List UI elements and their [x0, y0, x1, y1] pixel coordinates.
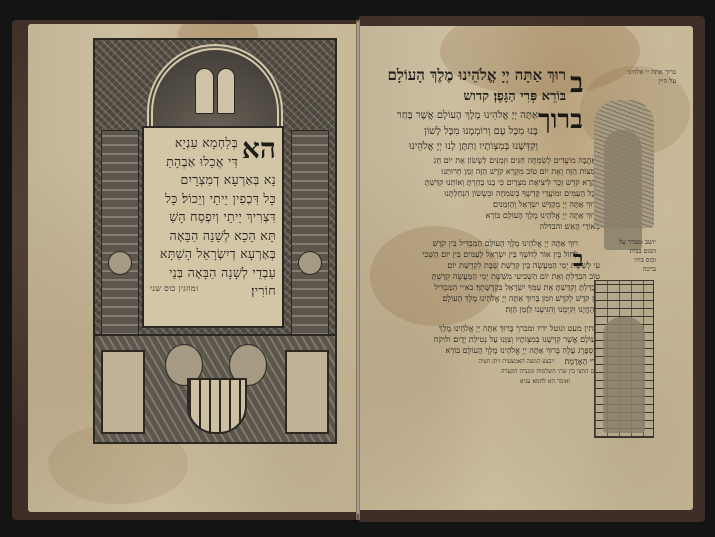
binding-thread — [357, 22, 359, 514]
text-line: בָּנוּ מִכָּל עָם וְרוֹמְמָנוּ מִכָּל לָ… — [372, 124, 538, 140]
woodcut-caption: ברוך אתה יי אלהינו על היין — [594, 68, 676, 86]
text-line: ומתין מעט ונוטל ידיו ומברך בָּרוּךְ אַתָ… — [372, 323, 600, 334]
text-line: בְּאַהֲבָה מוֹעֲדִים לְשִׂמְחָה חַגִּים … — [372, 155, 600, 166]
text-line: בֵּין קֹדֶשׁ לְקֹדֶשׁ׃ וזמן בָּרוּךְ אַת… — [372, 293, 600, 304]
caption-line: על היין — [594, 77, 676, 86]
text-line: מִכָּל הָעַמִּים וּמוֹעֲדֵי קָדְשֶׁךָ בְ… — [372, 188, 600, 199]
text-line: הִבְדַּלְתָּ וְקִדַּשְׁתָּ אֶת עַמְּךָ י… — [372, 282, 600, 293]
instruction-small: ואומר הא לחמא עניא — [372, 377, 570, 387]
text-line: שֶׁהֶחֱיָנוּ וְקִיְּמָנוּ וְהִגִּיעָנוּ … — [372, 304, 600, 315]
pedestal-left — [101, 350, 145, 434]
cherub-icon — [108, 251, 132, 275]
text-line: טוֹב הִבְדַּלְתָּ וְאֶת יוֹם הַשְּׁבִיעִ… — [372, 271, 600, 282]
kiddush-text: רוּךְ אַתָּה יְיָ אֱלֹהֵינוּ מֶלֶךְ הָעו… — [372, 64, 600, 387]
seated-figure-icon — [604, 130, 642, 250]
caption-line: יושב ומברך על — [594, 238, 656, 247]
footnote-instruction: ומוזגין כוס שני — [150, 282, 198, 301]
pedestal-right — [285, 350, 329, 434]
text-line: חוֹרִין׃ — [251, 282, 276, 301]
caption-line: ברוך אתה יי אלהינו — [594, 68, 676, 77]
text-line: אַתָּה יְיָ אֱלֹהֵינוּ מֶלֶךְ הָעוֹלָם א… — [372, 108, 538, 124]
text-line: וְקִדְּשָׁנוּ בְּמִצְוֹתָיו וַתִּתֶּן לָ… — [372, 139, 538, 155]
text-line: דִּצְרִיךְ יֵיתֵי וְיִפְסַח הָשַׁ — [150, 208, 276, 227]
woodcut-man-at-wall-image — [594, 280, 654, 438]
text-line: בָּרוּךְ אַתָּה יְיָ אֱלֹהֵינוּ מֶלֶךְ ה… — [372, 210, 600, 221]
woodcut-caption: יושב ומברך על הכוס בבית וכוס בידו ברכה — [594, 238, 656, 274]
instruction-small: ויבצע המצה האמצעית ויתן חציה — [478, 356, 554, 367]
header-line: בּוֹרֵא פְּרִי הַגָּפֶן׃ קדוש — [372, 86, 566, 108]
text-line: כָּל דִּכְפִין יֵיתֵי וְיֵכוֹל׃ כָּל — [150, 190, 276, 209]
text-line: דִּי אֲכַלוּ אַבְהָתַ — [150, 153, 238, 172]
header-line: רוּךְ אַתָּה יְיָ אֱלֹהֵינוּ מֶלֶךְ הָעו… — [372, 64, 566, 86]
text-line: אִיסְפָּרֶג עָלֶה בָּרוּךְ אַתָּה יְיָ א… — [372, 345, 600, 356]
text-line: עַבְדֵי לְשָׁנָה הַבָּאָה בְּנֵי — [150, 264, 276, 283]
text-line: הָעוֹלָם אֲשֶׁר קִדְּשָׁנוּ בְּמִצְוֹתָי… — [372, 334, 600, 345]
text-line: בָּרוּךְ אַתָּה יְיָ מְקַדֵּשׁ יִשְׂרָאֵ… — [372, 199, 600, 210]
caption-line: הכוס בבית — [594, 247, 656, 256]
tablets-of-law-icon — [195, 68, 235, 114]
text-line: מְאוֹרֵי הָאֵשׁ׃ והבדלה — [372, 221, 600, 232]
text-line: הַמַּצּוֹת הַזֶּה וְאֶת יוֹם טוֹב מִקְרָ… — [372, 166, 600, 177]
caption-line: וכוס בידו — [594, 256, 656, 265]
text-line: לְחוֹל בֵּין אוֹר לְחֹשֶׁךְ בֵּין יִשְׂר… — [372, 249, 578, 260]
initial-bet: ב — [573, 246, 584, 272]
caption-line: ברכה — [594, 265, 656, 274]
text-line: נָא בְּאַרְעָא דְמִצְרָיִם — [150, 171, 276, 190]
cherub-icon — [298, 251, 322, 275]
standing-figure-icon — [603, 317, 645, 433]
text-line: מִקְרָא קֹדֶשׁ זֵכֶר לִיצִיאַת מִצְרָיִם… — [372, 177, 600, 188]
text-line: בְּלַחְמָא עַנְיָא — [150, 134, 238, 153]
text-line: בְּאַרְעָא דְיִשְׂרָאֵל הָשַׁתָּא — [150, 245, 276, 264]
text-line: רוּךְ אַתָּה יְיָ אֱלֹהֵינוּ מֶלֶךְ הָעו… — [372, 238, 578, 249]
text-line: תָּא הָכָא לְשָׁנָה הַבָּאָה — [150, 227, 276, 246]
woodcut-base — [95, 334, 335, 442]
woodcut-seated-man-image — [594, 100, 654, 228]
coat-of-arms-icon — [187, 378, 247, 434]
instruction-small: ושם החצי בין שתי השלמות ומגביה הקערה — [372, 367, 600, 377]
woodcut-title-frame: הא בְּלַחְמָא עַנְיָא דִּי אֲכַלוּ אַבְה… — [93, 38, 337, 444]
text-line: עִי לְשֵׁשֶׁת יְמֵי הַמַּעֲשֶׂה בֵּין קְ… — [372, 260, 600, 271]
initial-word: הא — [242, 134, 276, 164]
ha-lachma-text-panel: הא בְּלַחְמָא עַנְיָא דִּי אֲכַלוּ אַבְה… — [142, 126, 284, 328]
